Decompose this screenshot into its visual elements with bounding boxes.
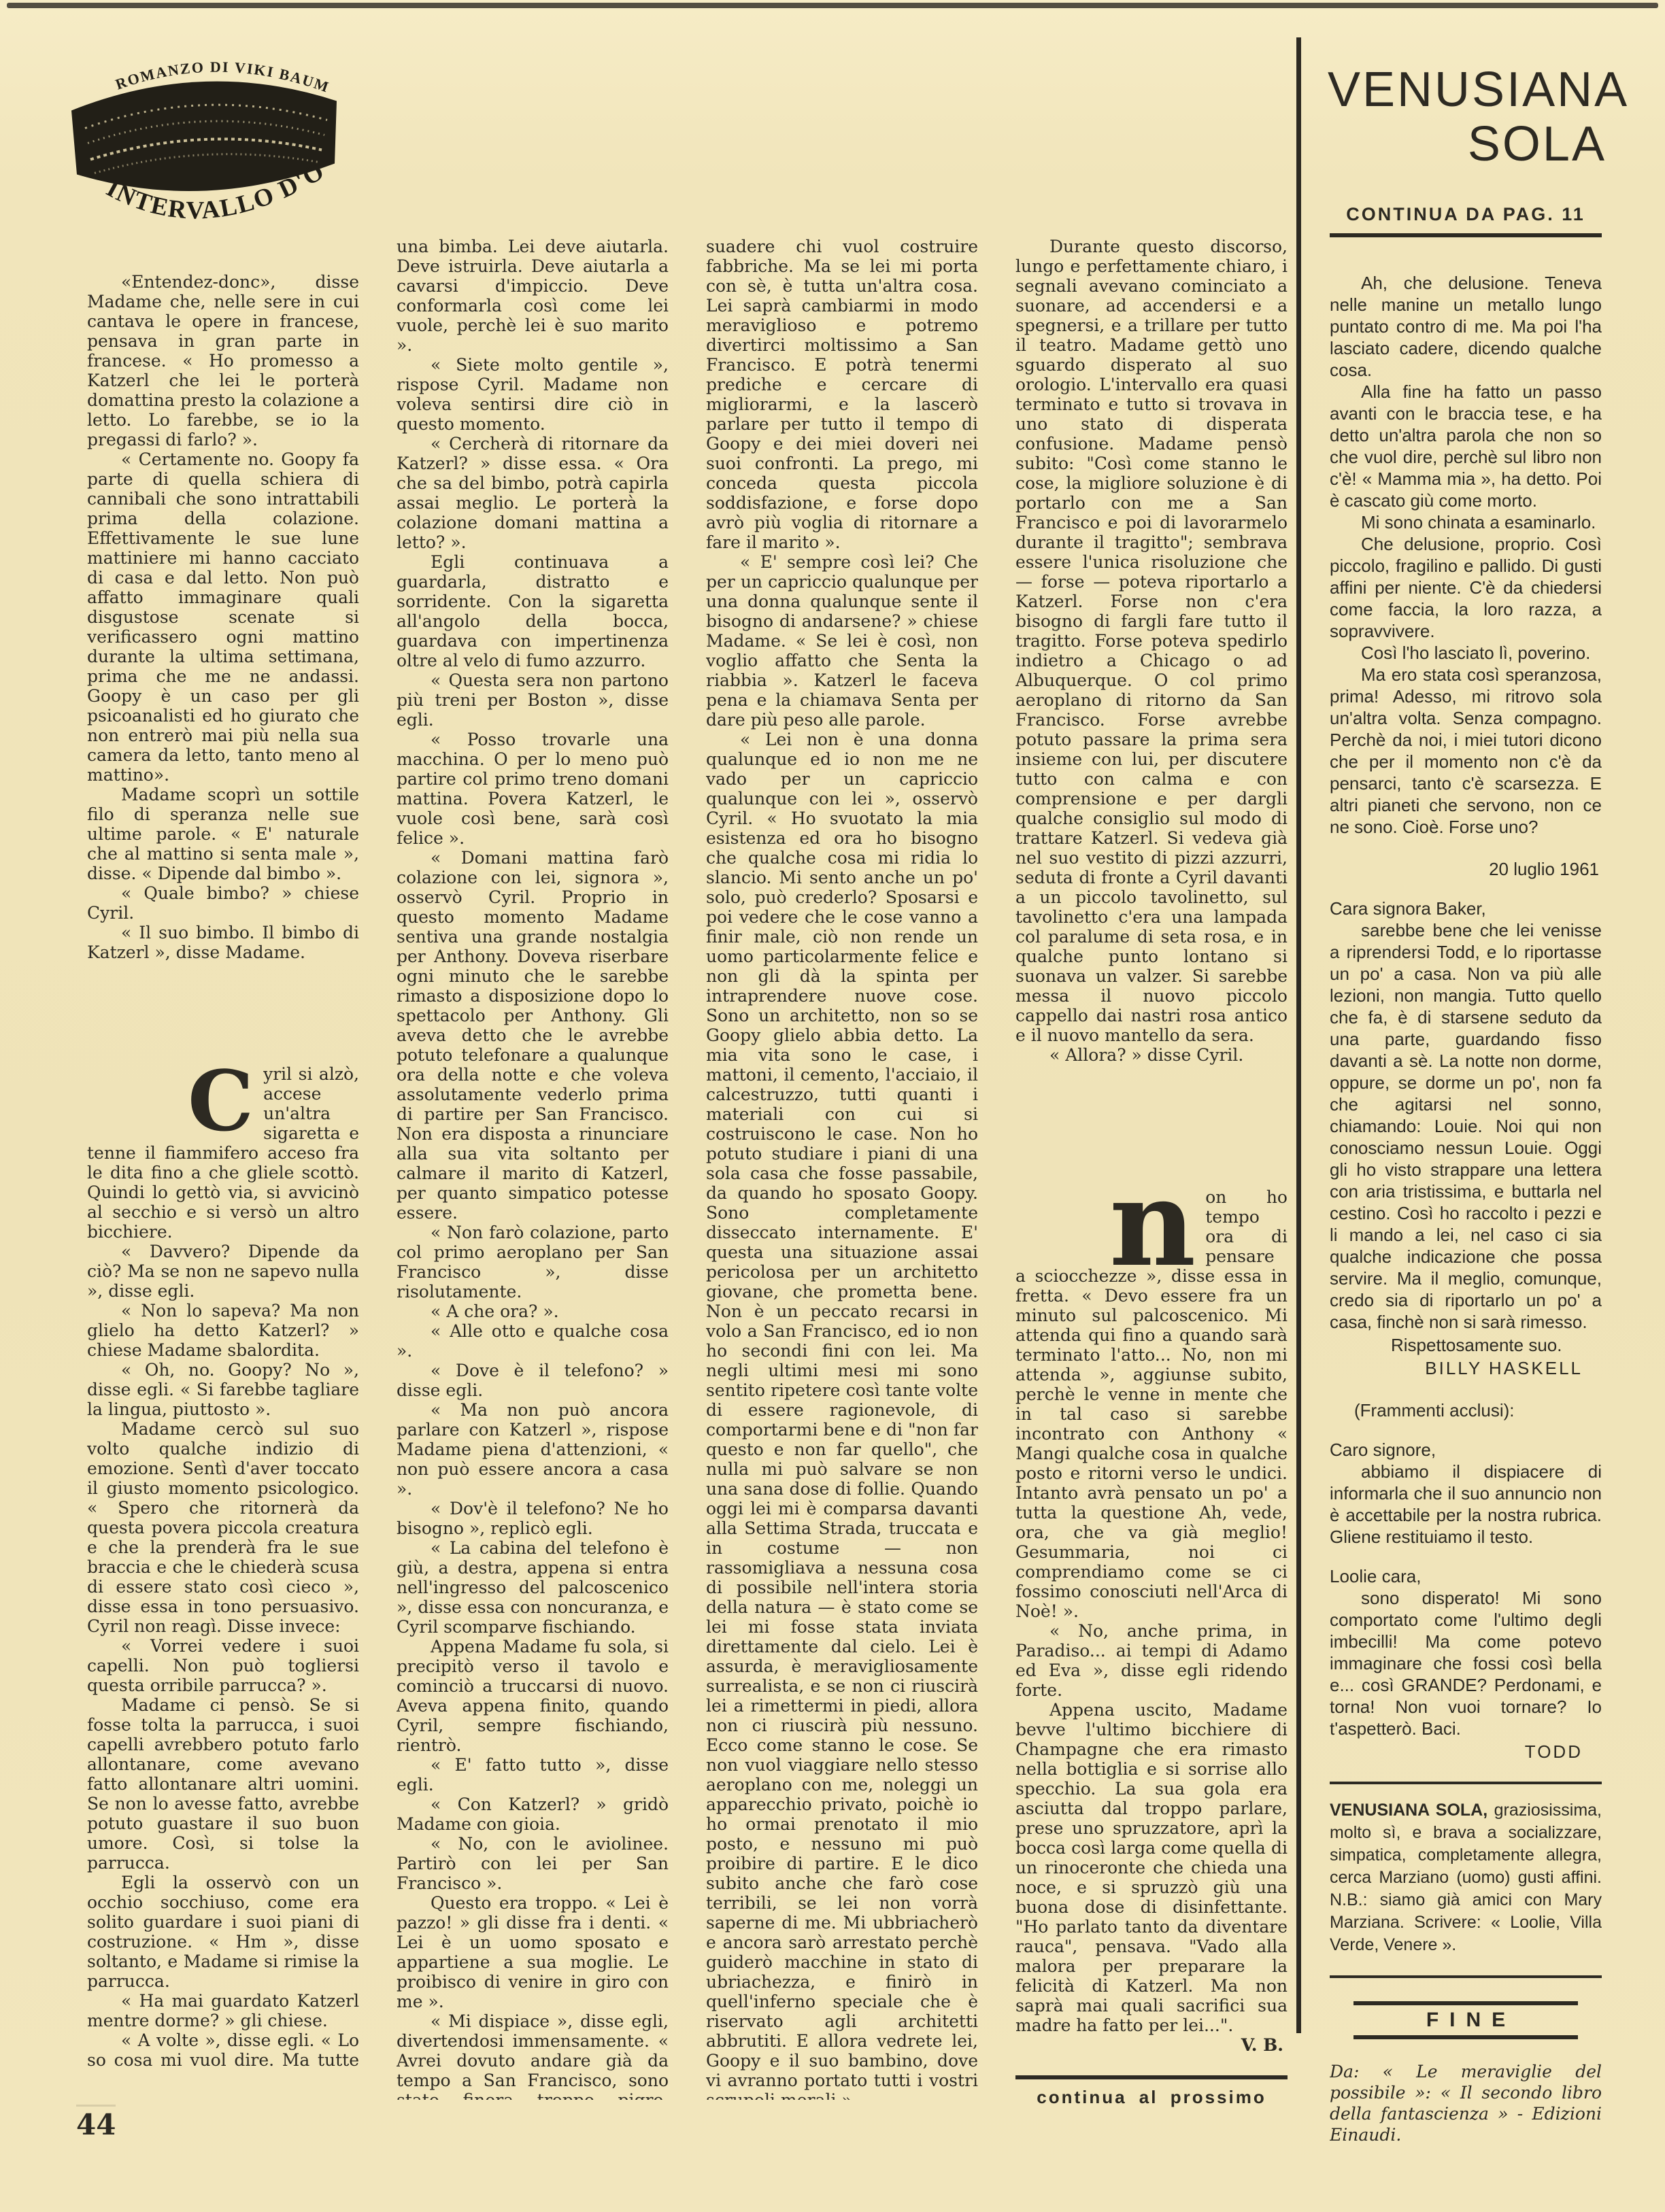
paragraph: Appena uscito, Madame bevve l'ultimo bic… [1015, 1700, 1288, 2035]
paragraph: « Allora? » disse Cyril. [1015, 1045, 1288, 1065]
paragraph: « Non farò colazione, parto col primo ae… [397, 1223, 669, 1301]
paragraph: Mi sono chinata a esaminarlo. [1330, 511, 1602, 533]
paragraph: Rispettosamente suo. [1330, 1334, 1602, 1356]
paragraph: « No, anche prima, in Paradiso... ai tem… [1015, 1621, 1288, 1700]
paragraph: « Mi dispiace », disse egli, divertendos… [397, 2011, 669, 2100]
paragraph: Cyril si alzò, accese un'altra sigaretta… [87, 1064, 359, 1242]
paragraph: (Frammenti acclusi): [1330, 1399, 1602, 1421]
paragraph: « E' fatto tutto », disse egli. [397, 1755, 669, 1794]
paragraph: sono disperato! Mi sono comportato come … [1330, 1587, 1602, 1739]
sidebar-title-line2: SOLA [1328, 117, 1607, 171]
paragraph: Ah, che delusione. Teneva nelle manine u… [1330, 272, 1602, 381]
ad-body: graziosissima, molto sì, e brava a socia… [1330, 1801, 1602, 1954]
paragraph: 20 luglio 1961 [1330, 858, 1602, 880]
paragraph: Che delusione, proprio. Così piccolo, fr… [1330, 533, 1602, 642]
anthology-source: Da: « Le meraviglie del possibile »: « I… [1330, 2061, 1602, 2145]
paragraph: Madame cercò sul suo volto qualche indiz… [87, 1419, 359, 1636]
dropcap-letter: C [188, 1070, 254, 1132]
magazine-page: ROMANZO DI VIKI BAUM INTERVALLO D'OPERA … [0, 0, 1665, 2212]
paragraph: « Certamente no. Goopy fa parte di quell… [87, 449, 359, 785]
paragraph: Egli continuava a guardarla, distratto e… [397, 552, 669, 670]
paragraph: « Alle otto e qualche cosa ». [397, 1321, 669, 1361]
paragraph: « E' sempre così lei? Che per un capricc… [706, 552, 978, 730]
page-top-edge [7, 3, 1658, 8]
paragraph: « Domani mattina farò colazione con lei,… [397, 848, 669, 1223]
story-column-2: una bimba. Lei deve aiutarla. Deve istru… [397, 237, 669, 2100]
paragraph: Appena Madame fu sola, si precipitò vers… [397, 1637, 669, 1755]
continued-from-label: CONTINUA DA PAG. 11 [1330, 204, 1602, 237]
ad-bottom-rule [1330, 1975, 1602, 1978]
classified-ad: VENUSIANA SOLA, graziosissima, molto sì,… [1330, 1799, 1602, 1956]
fine-box: FINE [1353, 2001, 1578, 2039]
dropcap-letter: n [1109, 1190, 1196, 1258]
paragraph: «Entendez-donc», disse Madame che, nelle… [87, 272, 359, 449]
paragraph: una bimba. Lei deve aiutarla. Deve istru… [397, 237, 669, 355]
paragraph: « No, con le aviolinee. Partirò con lei … [397, 1834, 669, 1893]
paragraph: « Posso trovarle una macchina. O per lo … [397, 730, 669, 848]
paragraph: « Vorrei vedere i suoi capelli. Non può … [87, 1636, 359, 1695]
paragraph: « Il suo bimbo. Il bimbo di Katzerl », d… [87, 923, 359, 962]
paragraph: « Davvero? Dipende da ciò? Ma se non ne … [87, 1242, 359, 1301]
paragraph: abbiamo il dispiacere di informarla che … [1330, 1461, 1602, 1548]
paragraph: « Lei non è una donna qualunque ed io no… [706, 730, 978, 2100]
intervallo-dopera-logo: ROMANZO DI VIKI BAUM INTERVALLO D'OPERA [58, 31, 350, 266]
ad-lead: VENUSIANA SOLA, [1330, 1801, 1487, 1820]
paragraph: suadere chi vuol costruire fabbriche. Ma… [706, 237, 978, 552]
page-number: 44 [76, 2105, 116, 2141]
paragraph: Madame ci pensò. Se si fosse tolta la pa… [87, 1695, 359, 1873]
paragraph: « Cercherà di ritornare da Katzerl? » di… [397, 434, 669, 552]
paragraph: « A che ora? ». [397, 1301, 669, 1321]
paragraph: Caro signore, [1330, 1439, 1602, 1461]
paragraph: TODD [1330, 1741, 1602, 1763]
paragraph: sarebbe bene che lei venisse a riprender… [1330, 919, 1602, 1333]
paragraph: « Ma non può ancora parlare con Katzerl … [397, 1400, 669, 1499]
paragraph: « Quale bimbo? » chiese Cyril. [87, 883, 359, 923]
paragraph: « Siete molto gentile », rispose Cyril. … [397, 355, 669, 434]
paragraph: « Questa sera non partono più treni per … [397, 670, 669, 730]
paragraph: Alla fine ha fatto un passo avanti con l… [1330, 381, 1602, 511]
story-column-4: Durante questo discorso, lungo e perfett… [1015, 237, 1288, 2113]
paragraph: « Ha mai guardato Katzerl mentre dorme? … [87, 1991, 359, 2030]
paragraph: Loolie cara, [1330, 1565, 1602, 1587]
paragraph: « Oh, no. Goopy? No », disse egli. « Si … [87, 1360, 359, 1419]
venusiana-text: Ah, che delusione. Teneva nelle manine u… [1330, 272, 1602, 1763]
fine-label: FINE [1415, 2009, 1516, 2031]
story-column-1: «Entendez-donc», disse Madame che, nelle… [87, 272, 359, 2071]
sidebar-title-line1: VENUSIANA [1328, 63, 1629, 117]
paragraph: Madame scoprì un sottile filo di speranz… [87, 785, 359, 883]
paragraph: BILLY HASKELL [1330, 1357, 1602, 1379]
ad-top-rule [1330, 1782, 1602, 1784]
continua-banner: continua al prossimo numero [1015, 2075, 1288, 2113]
paragraph: Durante questo discorso, lungo e perfett… [1015, 237, 1288, 1045]
paragraph: « A volte », disse egli. « Lo so cosa mi… [87, 2030, 359, 2071]
paragraph: « Dove è il telefono? » disse egli. [397, 1361, 669, 1400]
paragraph: Cara signora Baker, [1330, 898, 1602, 919]
venusiana-column: Ah, che delusione. Teneva nelle manine u… [1330, 272, 1602, 2156]
author-initials: V. B. [1015, 2035, 1288, 2055]
story-column-4-text: Durante questo discorso, lungo e perfett… [1015, 237, 1288, 2035]
story-column-3: suadere chi vuol costruire fabbriche. Ma… [706, 237, 978, 2100]
paragraph: « Non lo sapeva? Ma non glielo ha detto … [87, 1301, 359, 1360]
paragraph: Così l'ho lasciato lì, poverino. [1330, 642, 1602, 664]
column-divider-rule [1296, 37, 1301, 2033]
paragraph: « Con Katzerl? » gridò Madame con gioia. [397, 1794, 669, 1834]
paragraph: non ho tempo ora di pensare a sciocchezz… [1015, 1187, 1288, 1621]
paragraph: « La cabina del telefono è giù, a destra… [397, 1538, 669, 1637]
paragraph: Ma ero stata così speranzosa, prima! Ade… [1330, 664, 1602, 838]
sidebar-title: VENUSIANA SOLA [1328, 63, 1607, 171]
paragraph: Questo era troppo. « Lei è pazzo! » gli … [397, 1893, 669, 2011]
paragraph: « Dov'è il telefono? Ne ho bisogno », re… [397, 1499, 669, 1538]
paragraph: Egli la osservò con un occhio socchiuso,… [87, 1873, 359, 1991]
